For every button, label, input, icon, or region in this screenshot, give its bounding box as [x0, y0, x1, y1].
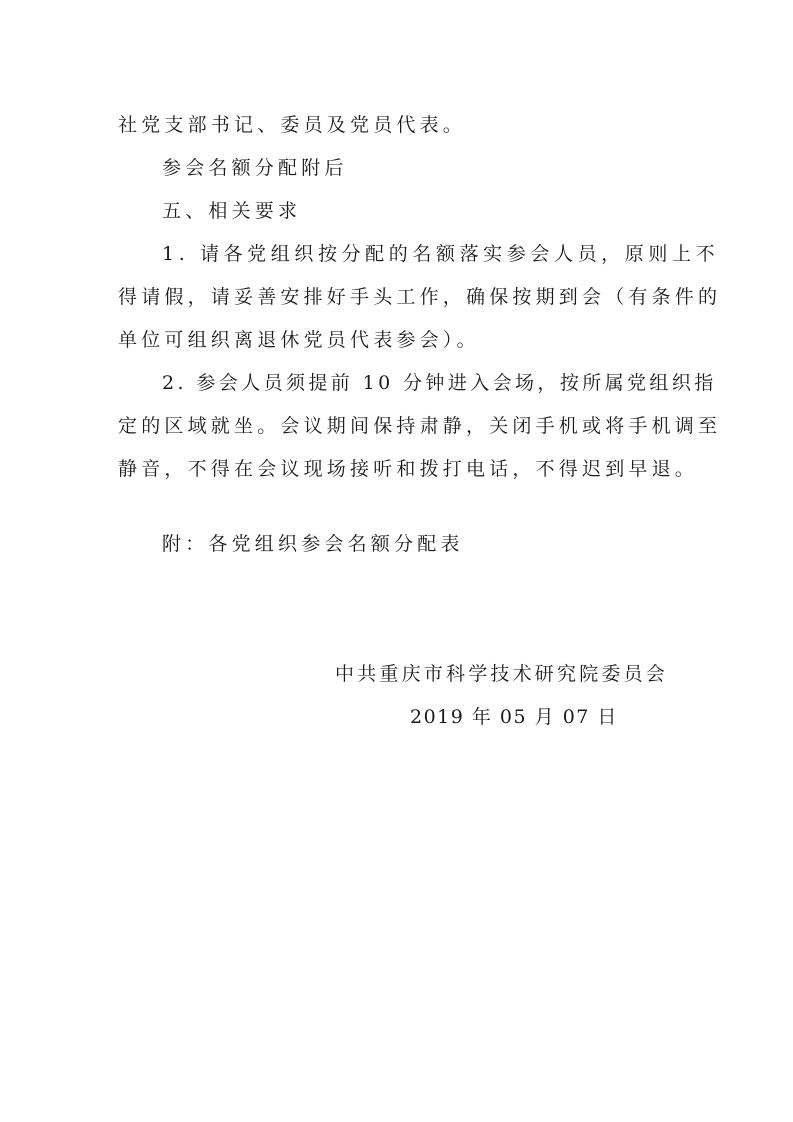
section-heading-requirements: 五、相关要求 — [162, 199, 301, 223]
signature-organization: 中共重庆市科学技术研究院委员会 — [335, 662, 668, 686]
requirement-2-line-1: 2. 参会人员须提前 10 分钟进入会场，按所属党组织指 — [162, 371, 717, 395]
requirement-2-line-3: 静音，不得在会议现场接听和拨打电话，不得迟到早退。 — [118, 457, 698, 481]
requirement-1-line-3: 单位可组织离退休党员代表参会）。 — [118, 328, 480, 352]
signature-date: 2019 年 05 月 07 日 — [410, 705, 618, 729]
requirement-1-line-1: 1. 请各党组织按分配的名额落实参会人员，原则上不 — [162, 242, 719, 266]
attachment-note: 附：各党组织参会名额分配表 — [162, 532, 464, 556]
requirement-2-line-2: 定的区域就坐。会议期间保持肃静，关闭手机或将手机调至 — [118, 414, 721, 438]
requirement-1-line-2: 得请假，请妥善安排好手头工作，确保按期到会（有条件的 — [118, 285, 721, 309]
text-line-continuation: 社党支部书记、委员及党员代表。 — [118, 113, 466, 137]
text-line-allocation-note: 参会名额分配附后 — [162, 156, 348, 180]
